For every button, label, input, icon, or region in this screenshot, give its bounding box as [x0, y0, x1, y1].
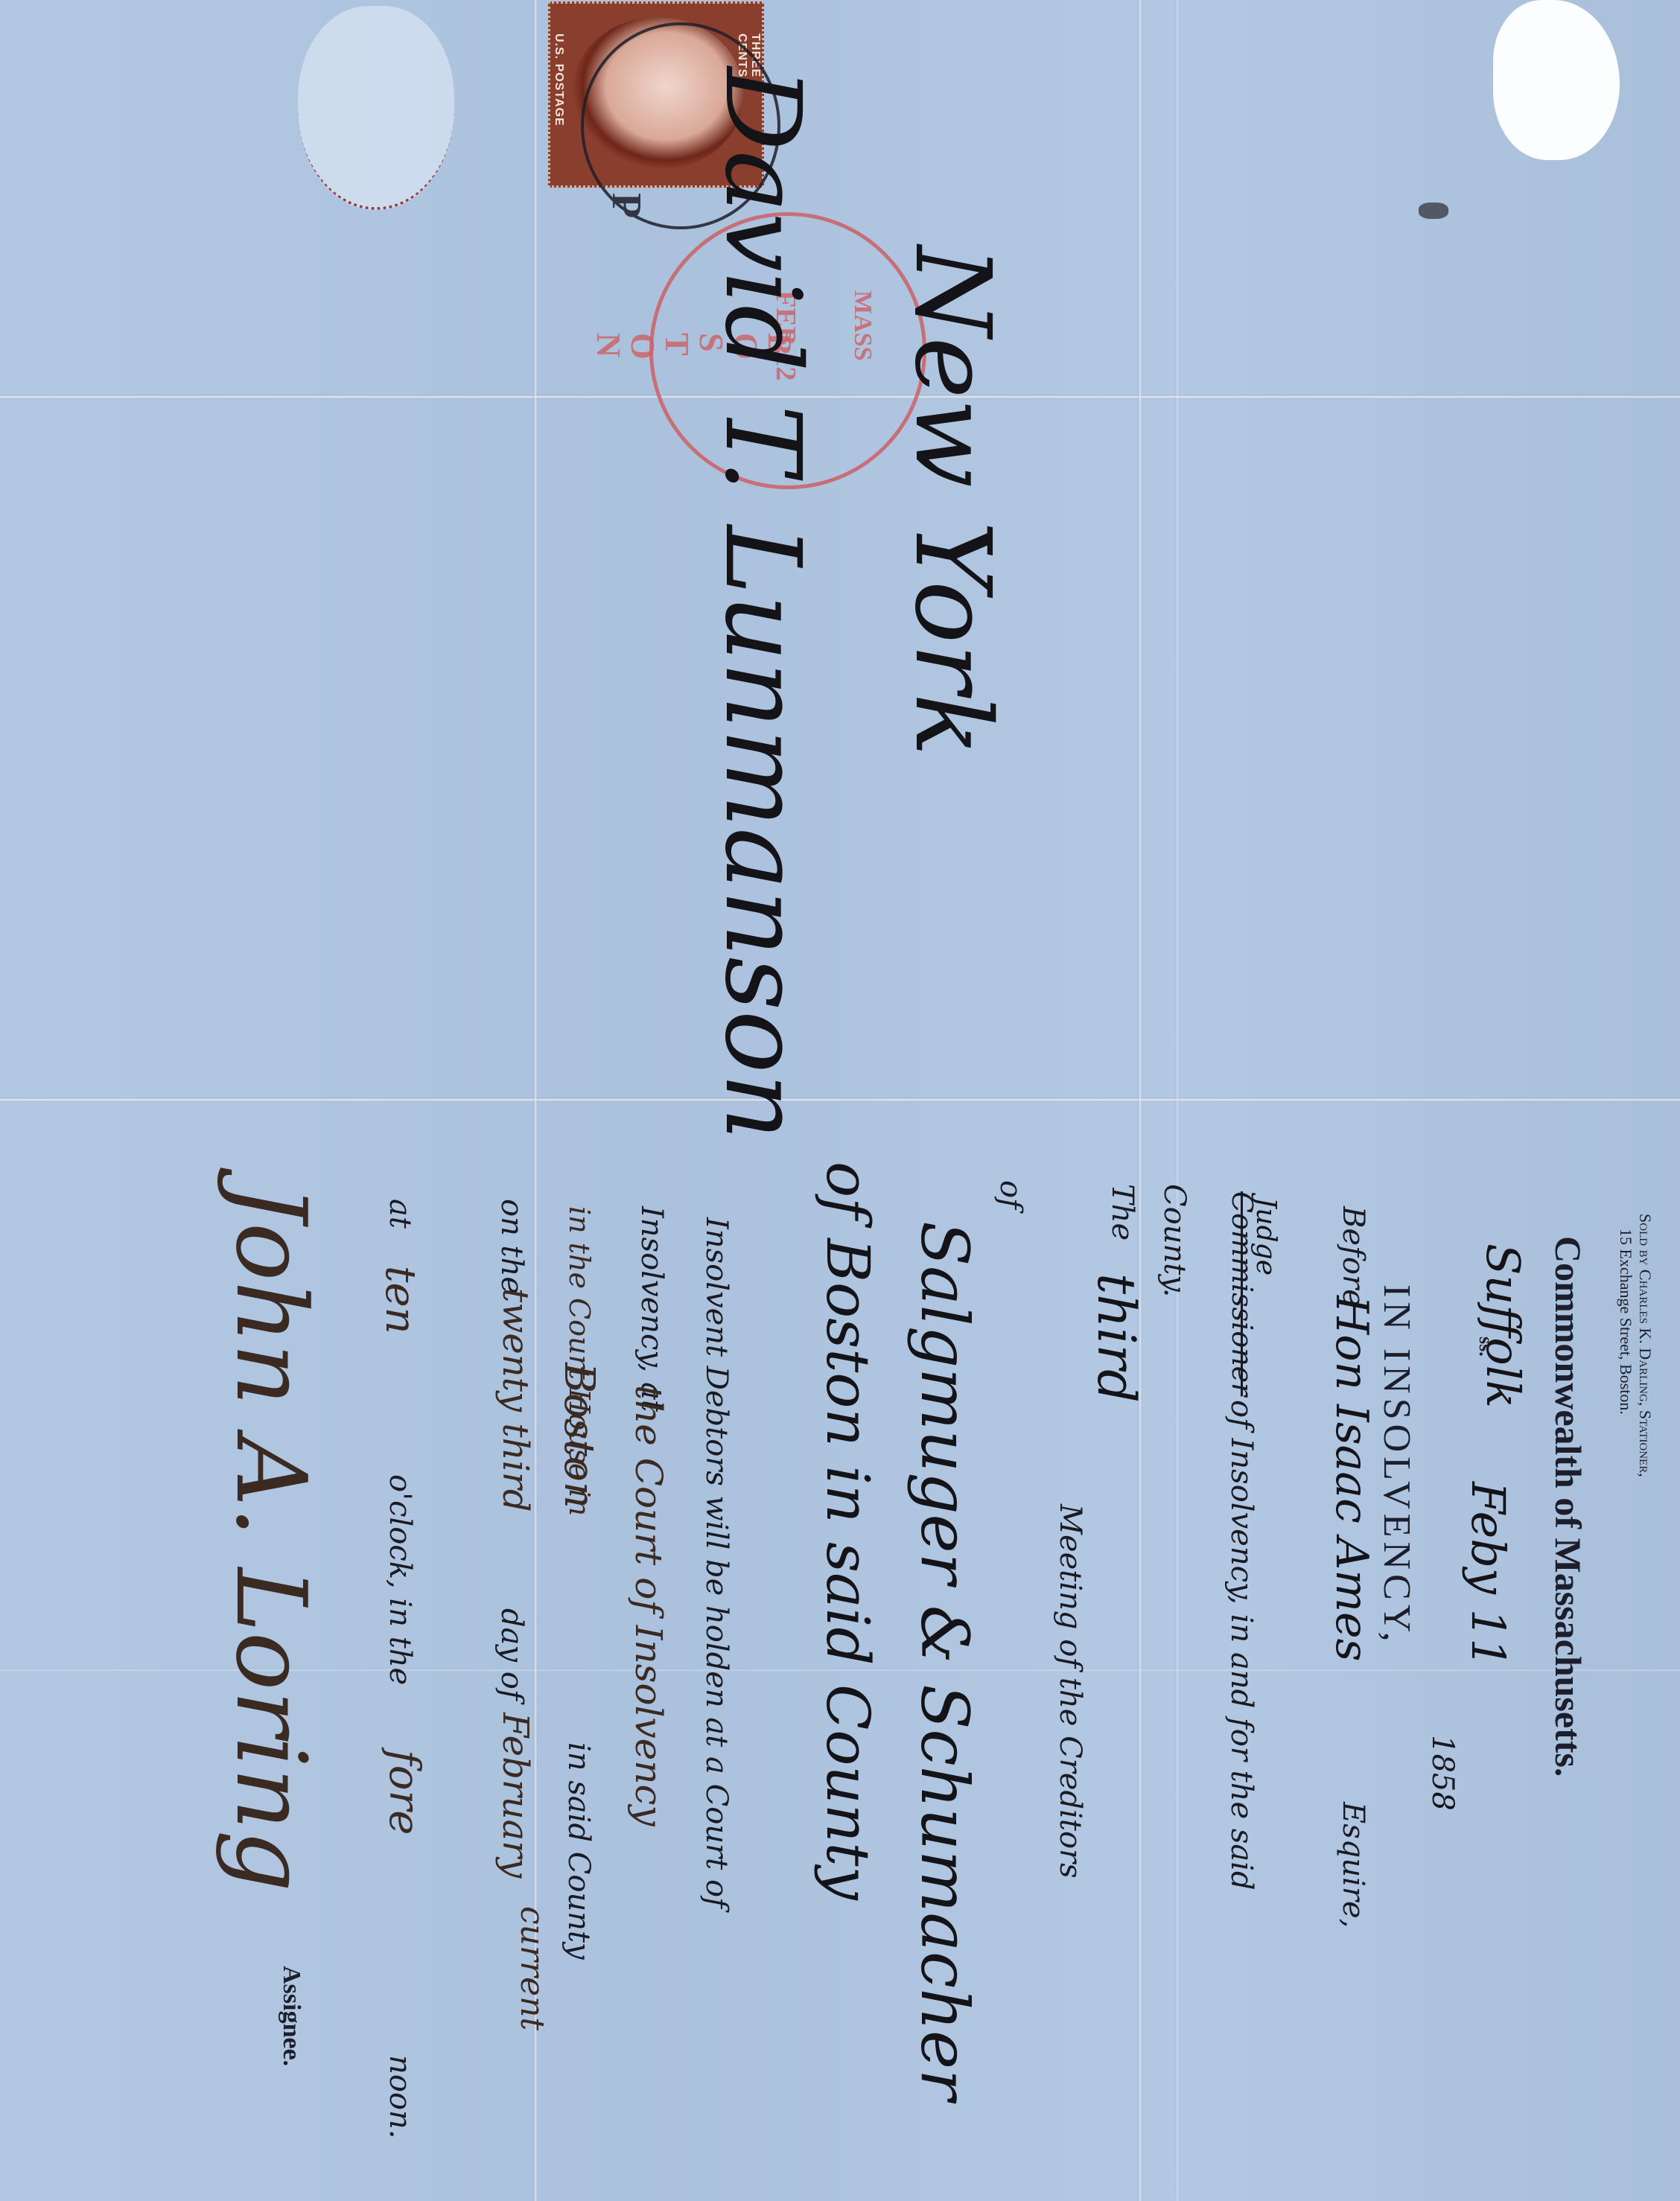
year: 1858: [1425, 1735, 1460, 1811]
oclock-label: o'clock, in the: [383, 1474, 417, 1685]
year-handwritten: 8: [1425, 1791, 1460, 1810]
fold-line-horizontal: [0, 1098, 1680, 1102]
debtors-handwritten: Salgmuger & Schumacher: [906, 1221, 983, 2100]
document-title: Commonwealth of Massachusetts.: [1547, 1236, 1590, 1777]
of-insolvency-line: of Insolvency, in and for the said: [1224, 1400, 1259, 1891]
county-handwritten: Suffolk: [1476, 1243, 1530, 1408]
fold-line-vertical: [1138, 0, 1142, 2201]
plural-s-handwritten: s: [699, 1471, 734, 1486]
year-printed: 185: [1425, 1735, 1460, 1791]
day-handwritten: twenty third: [494, 1288, 536, 1512]
assignee-signature: John A. Loring: [214, 1184, 328, 1892]
esquire-label: Esquire,: [1336, 1802, 1370, 1928]
postmark-state: MASS: [848, 290, 876, 360]
of-label: of: [993, 1180, 1028, 1209]
noon-label: noon.: [383, 2055, 417, 2138]
court-place-handwritten: the Court of Insolvency: [627, 1385, 670, 1826]
in-said-county-label: in said County: [561, 1742, 596, 1960]
county-word: County.: [1157, 1184, 1191, 1297]
stationer-line-1: Sold by Charles K. Darling, Stationer,: [1635, 1214, 1655, 1477]
before-label: Before: [1336, 1206, 1370, 1307]
fold-line-vertical: [1175, 0, 1180, 2201]
hour-handwritten: ten: [376, 1266, 424, 1334]
stamp-left-text: U.S. POSTAGE: [552, 34, 565, 127]
city-handwritten: Boston: [555, 1363, 603, 1509]
on-the-label: on the: [494, 1199, 529, 1294]
insolvent-debtor-label: Insolvent Debtor: [699, 1217, 734, 1471]
insolvency-at-label: Insolvency, at: [634, 1206, 669, 1412]
will-be-holden-label: will be holden at a Court of: [699, 1496, 734, 1908]
stationer-line-2: 15 Exchange Street, Boston.: [1616, 1229, 1635, 1415]
assignee-label: Assignee.: [277, 1966, 305, 2066]
meeting-of-creditors: Meeting of the Creditors: [1053, 1504, 1087, 1879]
debtors-place-handwritten: of Boston in said County: [813, 1162, 882, 1900]
meeting-ordinal-handwritten: third: [1086, 1273, 1147, 1403]
at-label: at: [383, 1199, 417, 1229]
the-label: The: [1105, 1184, 1139, 1240]
cancel-letter: P: [602, 193, 650, 218]
office-struck: Commissioner: [1226, 1191, 1259, 1396]
date-handwritten: Feby 11: [1461, 1482, 1515, 1668]
current-handwritten: current: [513, 1906, 551, 2030]
address-line-city: New York: [891, 246, 1013, 757]
address-line-name: David T. Lunmanson: [701, 67, 823, 1141]
insolvent-debtor-line: Insolvent Debtors will be holden at a Co…: [699, 1217, 734, 1908]
fore-handwritten: fore: [380, 1750, 428, 1835]
county-ss: ss.: [1474, 1337, 1497, 1357]
judge-name-handwritten: Hon Isaac Ames: [1326, 1296, 1378, 1661]
day-of-label: day of: [494, 1608, 529, 1701]
wax-seal-remnant: [298, 6, 454, 210]
heading-in-insolvency: IN INSOLVENCY,: [1375, 1284, 1419, 1646]
month-handwritten: February: [494, 1713, 536, 1878]
ink-blot: [1419, 203, 1448, 219]
